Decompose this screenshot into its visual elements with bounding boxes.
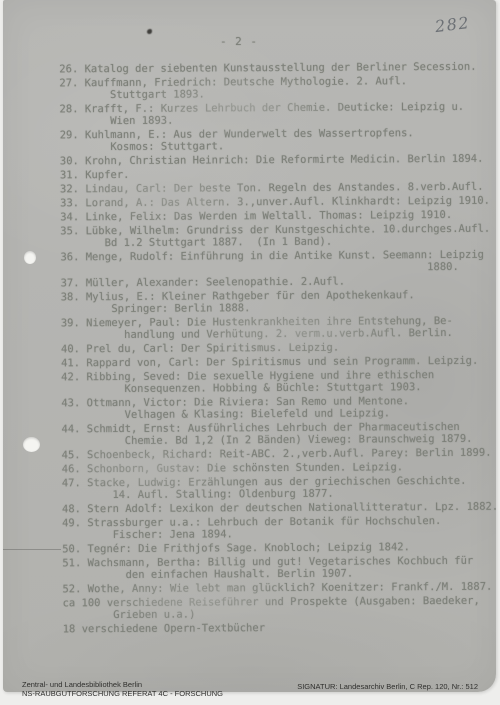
list-item: 45. Schoenbeck, Richard: Reit-ABC. 2.,ve… (62, 447, 496, 462)
paper: 282 - 2 - 26. Katalog der siebenten Kuns… (3, 0, 496, 692)
book-list: 26. Katalog der siebenten Kunstausstellu… (59, 61, 496, 638)
list-item: 41. Rappard von, Carl: Der Spiritismus u… (61, 355, 496, 370)
list-item: 35. Lübke, Wilhelm: Grundriss der Kunstg… (60, 223, 496, 250)
list-item: 36. Menge, Rudolf: Einführung in die Ant… (60, 249, 496, 276)
hole-punch (24, 251, 36, 264)
list-item: 52. Wothe, Anny: Wie lebt man glücklich?… (62, 581, 496, 596)
department-line: NS-RAUBGUTFORSCHUNG REFERAT 4C - FORSCHU… (22, 689, 223, 698)
list-item: 29. Kuhlmann, E.: Aus der Wunderwelt des… (60, 127, 496, 154)
list-item: 50. Tegnér: Die Frithjofs Sage. Knobloch… (62, 541, 496, 556)
list-item: 30. Krohn, Christian Heinrich: Die Refor… (60, 153, 496, 168)
list-item: 39. Niemeyer, Paul: Die Hustenkrankheite… (61, 315, 496, 342)
library-name: Zentral- und Landesbibliothek Berlin (22, 680, 223, 689)
list-item: 43. Ottmann, Victor: Die Riviera: San Re… (61, 395, 496, 422)
list-item: 34. Linke, Felix: Das Werden im Weltall.… (60, 209, 496, 224)
list-item: 51. Wachsmann, Bertha: Billig und gut! V… (62, 555, 496, 582)
list-item: 33. Lorand, A.: Das Altern. 3.,unver.Auf… (60, 195, 496, 210)
list-item: 42. Ribbing, Seved: Die sexuelle Hygiene… (61, 369, 496, 396)
list-item: 26. Katalog der siebenten Kunstausstellu… (59, 61, 496, 76)
ink-smudge (147, 29, 152, 34)
list-item: 28. Krafft, F.: Kurzes Lehrbuch der Chem… (59, 101, 496, 128)
signature-label: SIGNATUR: Landesarchiv Berlin, C Rep. 12… (297, 682, 478, 691)
list-item: 38. Mylius, E.: Kleiner Rathgeber für de… (61, 289, 496, 316)
list-item: 46. Schonborn, Gustav: Die schönsten Stu… (62, 461, 496, 476)
page-number: - 2 - (3, 35, 475, 48)
list-item: 27. Kauffmann, Friedrich: Deutsche Mytho… (59, 75, 496, 102)
list-item: 49. Strassburger u.a.: Lehrbuch der Bota… (62, 515, 496, 542)
hole-punch (23, 437, 40, 452)
list-item: 47. Stacke, Ludwig: Erzählungen aus der … (62, 475, 496, 502)
list-item: 37. Müller, Alexander: Seelenopathie. 2.… (61, 275, 496, 290)
list-item: ca 100 verschiedene Reiseführer und Pros… (63, 595, 496, 622)
list-item: 31. Kupfer. (60, 167, 496, 182)
list-item: 48. Stern Adolf: Lexikon der deutschen N… (62, 501, 496, 516)
scan-background: { "page": { "handwritten_number": "282",… (0, 0, 500, 705)
list-item: 44. Schmidt, Ernst: Ausführliches Lehrbu… (61, 421, 496, 448)
pencil-line (3, 549, 61, 550)
handwritten-folio-number: 282 (434, 13, 471, 36)
list-item: 32. Lindau, Carl: Der beste Ton. Regeln … (60, 181, 496, 196)
list-item: 40. Prel du, Carl: Der Spiritismus. Leip… (61, 341, 496, 356)
footer-provenance: Zentral- und Landesbibliothek Berlin NS-… (22, 680, 223, 698)
list-item: 18 verschiedene Opern-Textbücher (63, 621, 496, 636)
